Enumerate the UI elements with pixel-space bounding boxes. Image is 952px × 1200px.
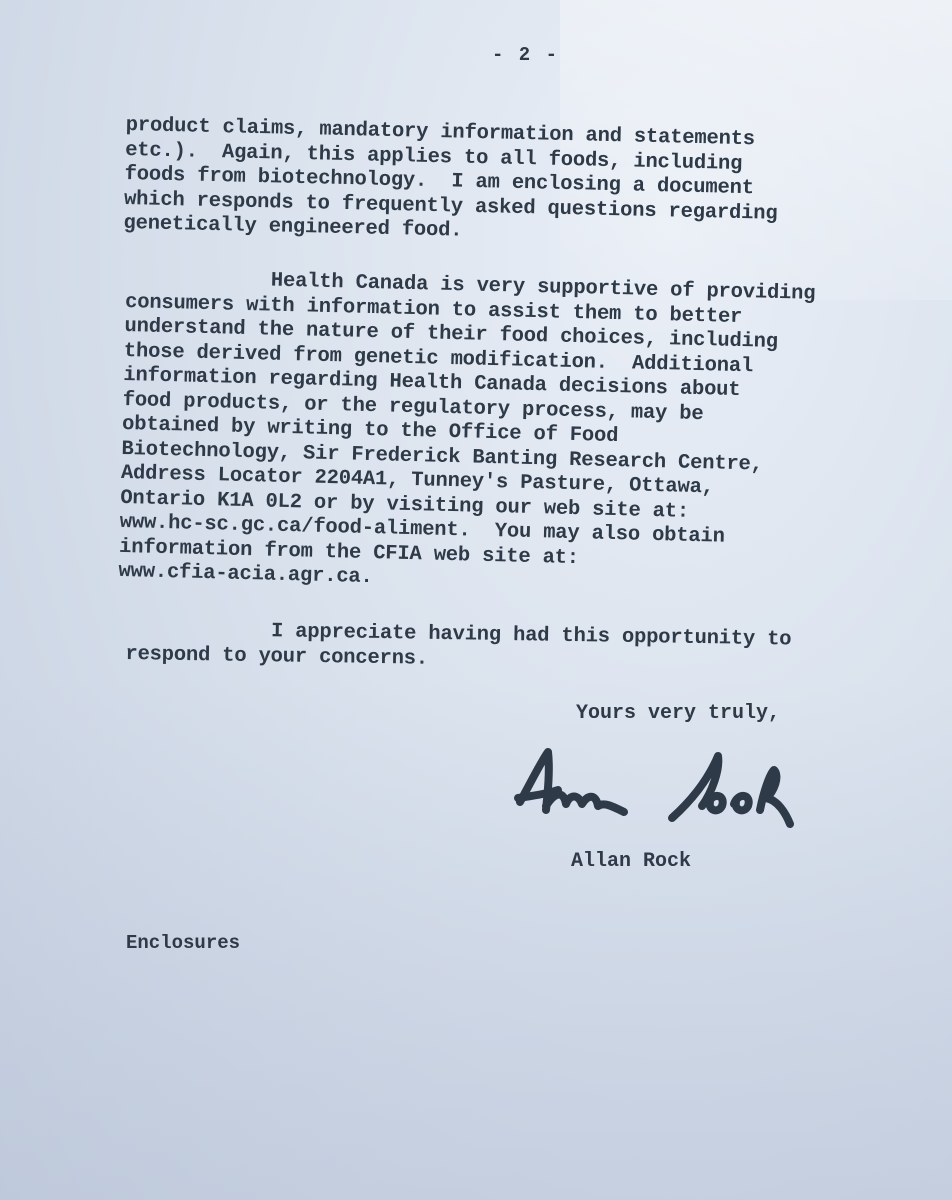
enclosures-note: Enclosures <box>126 932 240 954</box>
page-number: - 2 - <box>492 44 559 66</box>
signature <box>512 740 812 850</box>
paragraph-regulations: product claims, mandatory information an… <box>123 114 926 255</box>
signer-name: Allan Rock <box>571 850 691 873</box>
paragraph-appreciation: I appreciate having had this opportunity… <box>125 618 926 680</box>
closing-salutation: Yours very truly, <box>576 702 780 725</box>
paragraph-health-canada: Health Canada is very supportive of prov… <box>118 266 926 604</box>
